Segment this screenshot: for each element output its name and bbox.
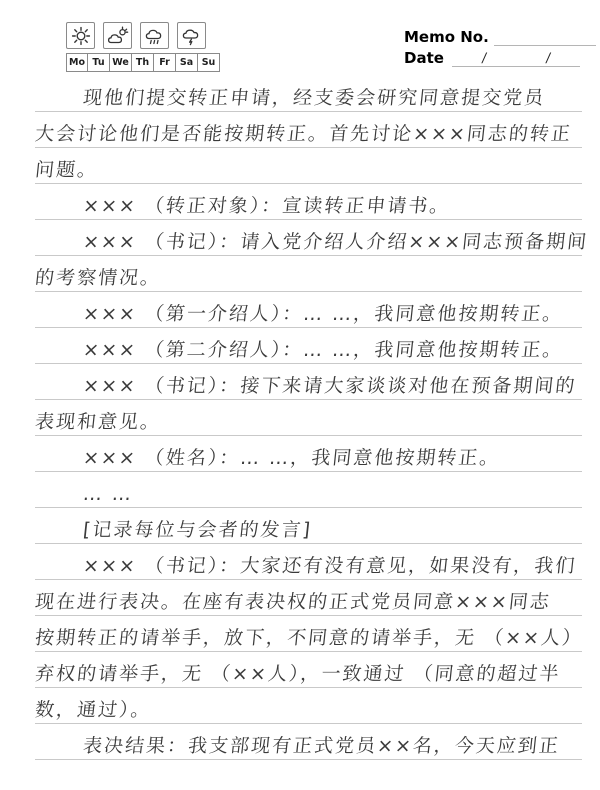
memo-line-text: ××× （转正对象）：宣读转正申请书。 xyxy=(82,196,452,218)
memo-line: ××× （第二介绍人）：… …，我同意他按期转正。 xyxy=(35,328,582,364)
partly-cloudy-icon xyxy=(107,26,129,46)
memo-line-text: 现在进行表决。在座有表决权的正式党员同意×××同志 xyxy=(34,592,552,614)
memo-line: 表决结果：我支部现有正式党员××名，今天应到正 xyxy=(35,724,582,760)
memo-line-text: ××× （书记）：接下来请大家谈谈对他在预备期间的 xyxy=(82,376,578,398)
memo-line: ××× （书记）：大家还有没有意见，如果没有，我们 xyxy=(35,544,582,580)
weather-partly-cloudy-box xyxy=(103,22,132,49)
weather-storm-box xyxy=(177,22,206,49)
memo-line: ××× （转正对象）：宣读转正申请书。 xyxy=(35,184,582,220)
weekday-cell: Su xyxy=(198,53,220,72)
memo-no-blank-line xyxy=(494,29,596,46)
memo-line-text: ××× （第二介绍人）：… …，我同意他按期转正。 xyxy=(82,340,565,362)
memo-line-text: [记录每位与会者的发言] xyxy=(82,520,313,542)
memo-line: ××× （第一介绍人）：… …，我同意他按期转正。 xyxy=(35,292,582,328)
memo-line: ××× （姓名）：… …，我同意他按期转正。 xyxy=(35,436,582,472)
memo-line: 表现和意见。 xyxy=(35,400,582,436)
memo-line: 问题。 xyxy=(35,148,582,184)
date-field: Date / / xyxy=(404,49,580,67)
memo-line-text: 数，通过）。 xyxy=(34,700,153,722)
memo-line-text: 现他们提交转正申请，经支委会研究同意提交党员 xyxy=(82,88,546,110)
memo-line: 弃权的请举手，无 （××人），一致通过 （同意的超过半 xyxy=(35,652,582,688)
date-slash-separator: / xyxy=(481,51,487,66)
memo-line: ××× （书记）：接下来请大家谈谈对他在预备期间的 xyxy=(35,364,582,400)
weekday-strip: MoTuWeThFrSaSu xyxy=(66,53,220,72)
memo-page: MoTuWeThFrSaSu Memo No. Date / / 现他们提交转正… xyxy=(0,0,600,790)
memo-line-text: 弃权的请举手，无 （××人），一致通过 （同意的超过半 xyxy=(34,664,562,686)
memo-line-text: ××× （书记）：请入党介绍人介绍×××同志预备期间 xyxy=(82,232,589,254)
weather-rain-box xyxy=(140,22,169,49)
rain-cloud-icon xyxy=(144,25,166,46)
memo-lines: 现他们提交转正申请，经支委会研究同意提交党员大会讨论他们是否能按期转正。首先讨论… xyxy=(35,76,582,760)
memo-no-label: Memo No. xyxy=(404,28,489,46)
date-slash-separator: / xyxy=(545,51,551,66)
memo-no-field: Memo No. xyxy=(404,28,596,46)
memo-line: ××× （书记）：请入党介绍人介绍×××同志预备期间 xyxy=(35,220,582,256)
memo-line-text: 大会讨论他们是否能按期转正。首先讨论×××同志的转正 xyxy=(34,124,573,146)
weekday-cell: Fr xyxy=(154,53,176,72)
memo-line-text: 问题。 xyxy=(34,160,99,182)
memo-line-text: ××× （书记）：大家还有没有意见，如果没有，我们 xyxy=(82,556,578,578)
memo-line-text: … … xyxy=(82,484,134,506)
weekday-cell: Th xyxy=(132,53,154,72)
memo-line: 大会讨论他们是否能按期转正。首先讨论×××同志的转正 xyxy=(35,112,582,148)
date-blank-line: / / xyxy=(452,50,580,67)
memo-line-text: 表决结果：我支部现有正式党员××名，今天应到正 xyxy=(82,736,561,758)
storm-cloud-icon xyxy=(181,25,203,46)
weekday-cell: Sa xyxy=(176,53,198,72)
memo-line-text: 表现和意见。 xyxy=(34,412,162,434)
weekday-cell: We xyxy=(110,53,132,72)
memo-line-text: ××× （第一介绍人）：… …，我同意他按期转正。 xyxy=(82,304,565,326)
memo-line: 现在进行表决。在座有表决权的正式党员同意×××同志 xyxy=(35,580,582,616)
memo-line-text: ××× （姓名）：… …，我同意他按期转正。 xyxy=(82,448,502,470)
memo-line-text: 的考察情况。 xyxy=(34,268,162,290)
weekday-cell: Mo xyxy=(66,53,88,72)
weather-sun-box xyxy=(66,22,95,49)
sun-icon xyxy=(70,26,92,46)
memo-line: … … xyxy=(35,472,582,508)
memo-line: 数，通过）。 xyxy=(35,688,582,724)
weekday-cell: Tu xyxy=(88,53,110,72)
memo-line: 的考察情况。 xyxy=(35,256,582,292)
date-label: Date xyxy=(404,49,444,67)
memo-line: [记录每位与会者的发言] xyxy=(35,508,582,544)
memo-line-text: 按期转正的请举手，放下，不同意的请举手，无 （××人） xyxy=(34,628,584,650)
memo-line: 按期转正的请举手，放下，不同意的请举手，无 （××人） xyxy=(35,616,582,652)
weather-icon-row xyxy=(66,22,206,49)
memo-line: 现他们提交转正申请，经支委会研究同意提交党员 xyxy=(35,76,582,112)
